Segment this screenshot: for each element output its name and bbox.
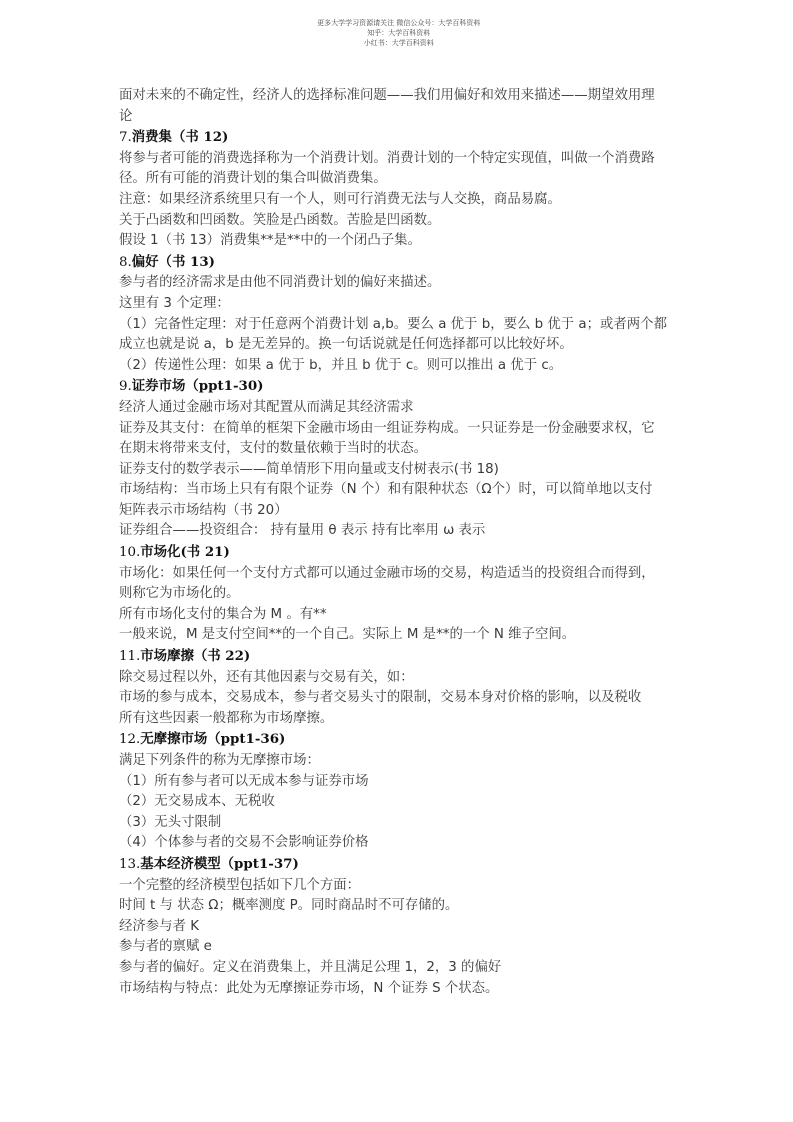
paragraph-line: 参与者的经济需求是由他不同消费计划的偏好来描述。 xyxy=(119,273,684,294)
paragraph-line: 证券组合——投资组合： 持有量用 θ 表示 持有比率用 ω 表示 xyxy=(119,521,684,542)
paragraph-line: 经济参与者 K xyxy=(119,917,684,938)
paragraph-line: （3）无头寸限制 xyxy=(119,813,684,834)
paragraph-line: （1）完备性定理：对于任意两个消费计划 a,b。要么 a 优于 b，要么 b 优… xyxy=(119,315,684,336)
paragraph-line: 市场结构：当市场上只有有限个证券（N 个）和有限种状态（Ω个）时，可以简单地以支… xyxy=(119,480,684,501)
paragraph-line: 时间 t 与 状态 Ω；概率测度 P。同时商品时不可存储的。 xyxy=(119,896,684,917)
paragraph-line: 注意：如果经济系统里只有一个人，则可行消费无法与人交换，商品易腐。 xyxy=(119,190,684,211)
document-body: 面对未来的不确定性，经济人的选择标准问题——我们用偏好和效用来描述——期望效用理… xyxy=(119,86,684,999)
section-title: 偏好（书 13) xyxy=(132,254,215,270)
paragraph-line: 除交易过程以外，还有其他因素与交易有关，如： xyxy=(119,668,684,689)
paragraph-line: 矩阵表示市场结构（书 20） xyxy=(119,501,684,522)
paragraph-line: 所有这些因素一般都称为市场摩擦。 xyxy=(119,709,684,730)
section-heading: 13.基本经济模型（ppt1-37) xyxy=(119,854,684,876)
paragraph-line: 满足下列条件的称为无摩擦市场： xyxy=(119,751,684,772)
paragraph-line: 所有市场化支付的集合为 M 。有** xyxy=(119,605,684,626)
paragraph-line: 成立也就是说 a，b 是无差异的。换一句话说就是任何选择都可以比较好坏。 xyxy=(119,335,684,356)
section-number: 13. xyxy=(119,857,140,872)
paragraph-line: 市场的参与成本，交易成本，参与者交易头寸的限制，交易本身对价格的影响，以及税收 xyxy=(119,688,684,709)
section-title: 证券市场（ppt1-30) xyxy=(132,378,264,394)
paragraph-line: （4）个体参与者的交易不会影响证券价格 xyxy=(119,833,684,854)
paragraph-line: 则称它为市场化的。 xyxy=(119,584,684,605)
header-wechat-note: 更多大学学习资源请关注 微信公众号：大学百科资料 xyxy=(317,19,480,27)
section-title: 消费集（书 12) xyxy=(132,129,229,145)
paragraph-line: 市场结构与特点：此处为无摩擦证券市场，N 个证券 S 个状态。 xyxy=(119,979,684,1000)
section-number: 7. xyxy=(119,130,132,145)
paragraph-line: 一般来说，M 是支付空间**的一个自己。实际上 M 是**的一个 N 维子空间。 xyxy=(119,625,684,646)
paragraph-line: 将参与者可能的消费选择称为一个消费计划。消费计划的一个特定实现值，叫做一个消费路 xyxy=(119,149,684,170)
section-number: 11. xyxy=(119,649,140,664)
section-title: 市场化(书 21) xyxy=(140,544,230,560)
section-heading: 12.无摩擦市场（ppt1-36) xyxy=(119,729,684,751)
paragraph-line: 参与者的禀赋 e xyxy=(119,937,684,958)
paragraph-line: 关于凸函数和凹函数。笑脸是凸函数。苦脸是凹函数。 xyxy=(119,211,684,232)
section-title: 基本经济模型（ppt1-37) xyxy=(140,856,299,872)
page-header: 更多大学学习资源请关注 微信公众号：大学百科资料 知乎：大学百科资料 小红书：大… xyxy=(0,10,793,48)
section-number: 10. xyxy=(119,545,140,560)
header-xiaohongshu-note: 小红书：大学百科资料 xyxy=(364,39,434,47)
section-heading: 11.市场摩擦（书 22) xyxy=(119,646,684,668)
section-heading: 8.偏好（书 13) xyxy=(119,252,684,274)
section-title: 无摩擦市场（ppt1-36) xyxy=(140,731,285,747)
section-heading: 9.证券市场（ppt1-30) xyxy=(119,376,684,398)
paragraph-line: 证券支付的数学表示——简单情形下用向量或支付树表示(书 18) xyxy=(119,460,684,481)
paragraph-line: （2）传递性公理：如果 a 优于 b，并且 b 优于 c。则可以推出 a 优于 … xyxy=(119,356,684,377)
header-zhihu-note: 知乎：大学百科资料 xyxy=(367,29,430,37)
paragraph-line: 这里有 3 个定理： xyxy=(119,294,684,315)
section-heading: 10.市场化(书 21) xyxy=(119,542,684,564)
paragraph-line: 证券及其支付：在简单的框架下金融市场由一组证券构成。一只证券是一份金融要求权，它 xyxy=(119,419,684,440)
paragraph-line: 经济人通过金融市场对其配置从而满足其经济需求 xyxy=(119,398,684,419)
paragraph-line: 市场化：如果任何一个支付方式都可以通过金融市场的交易，构造适当的投资组合而得到， xyxy=(119,564,684,585)
paragraph-line: （1）所有参与者可以无成本参与证券市场 xyxy=(119,772,684,793)
section-heading: 7.消费集（书 12) xyxy=(119,127,684,149)
section-title: 市场摩擦（书 22) xyxy=(140,648,250,664)
paragraph-line: 假设 1（书 13）消费集**是**中的一个闭凸子集。 xyxy=(119,231,684,252)
paragraph-line: 在期末将带来支付，支付的数量依赖于当时的状态。 xyxy=(119,439,684,460)
section-number: 8. xyxy=(119,255,132,270)
paragraph-line: 径。所有可能的消费计划的集合叫做消费集。 xyxy=(119,169,684,190)
section-number: 9. xyxy=(119,379,132,394)
paragraph-line: 参与者的偏好。定义在消费集上，并且满足公理 1，2，3 的偏好 xyxy=(119,958,684,979)
paragraph-line: （2）无交易成本、无税收 xyxy=(119,792,684,813)
paragraph-line: 一个完整的经济模型包括如下几个方面： xyxy=(119,876,684,897)
paragraph-line: 面对未来的不确定性，经济人的选择标准问题——我们用偏好和效用来描述——期望效用理 xyxy=(119,86,684,107)
paragraph-line: 论 xyxy=(119,107,684,128)
section-number: 12. xyxy=(119,732,140,747)
